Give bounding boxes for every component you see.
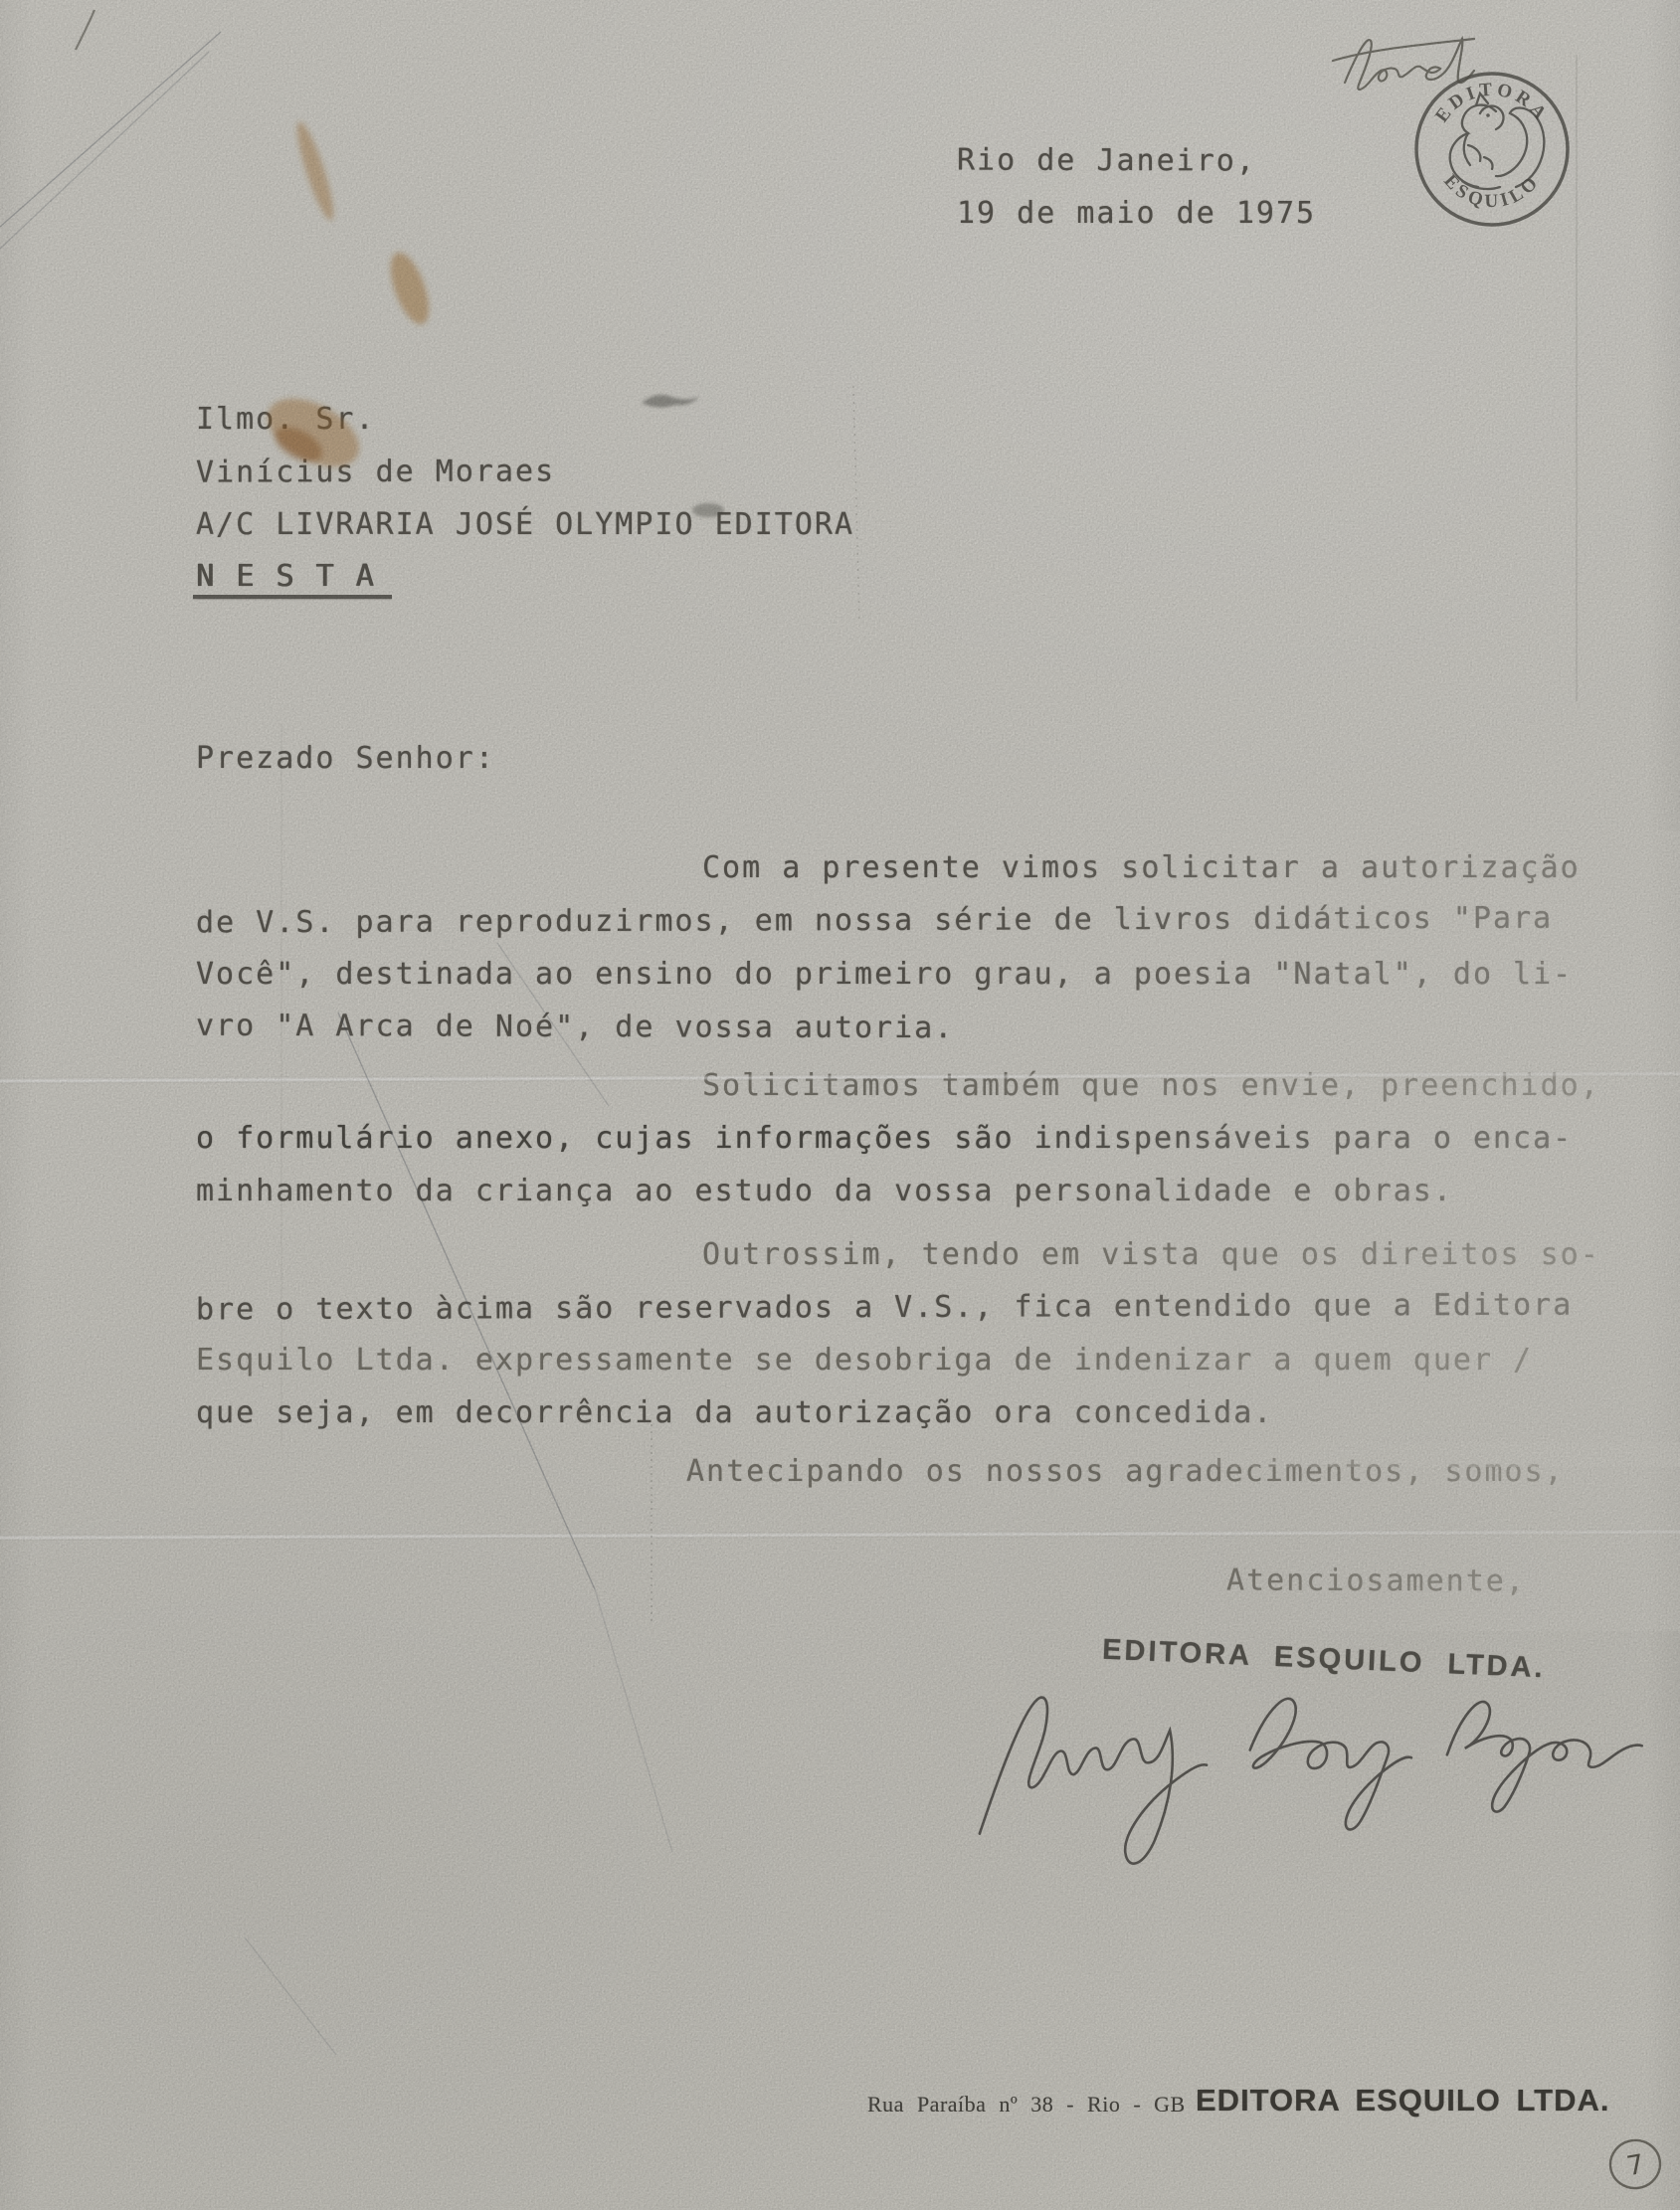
ink-smudges [642,395,724,517]
page-number-badge: 7 [1603,2134,1673,2198]
fold-and-edge-lines [281,55,1577,1621]
seal-bottom-text: ESQUILO [1439,170,1544,212]
scanned-letter-page: EDITORA ESQUILO Rio de Janeiro, 19 de ma… [0,0,1680,2210]
page-number: 7 [1624,2149,1646,2183]
rust-stain [257,119,437,480]
svg-text:ESQUILO: ESQUILO [1439,170,1544,212]
pencil-slash-mark [76,10,94,50]
handwritten-note [1323,15,1502,109]
handwritten-signature [940,1641,1676,1880]
scratch-lines [0,32,672,2055]
